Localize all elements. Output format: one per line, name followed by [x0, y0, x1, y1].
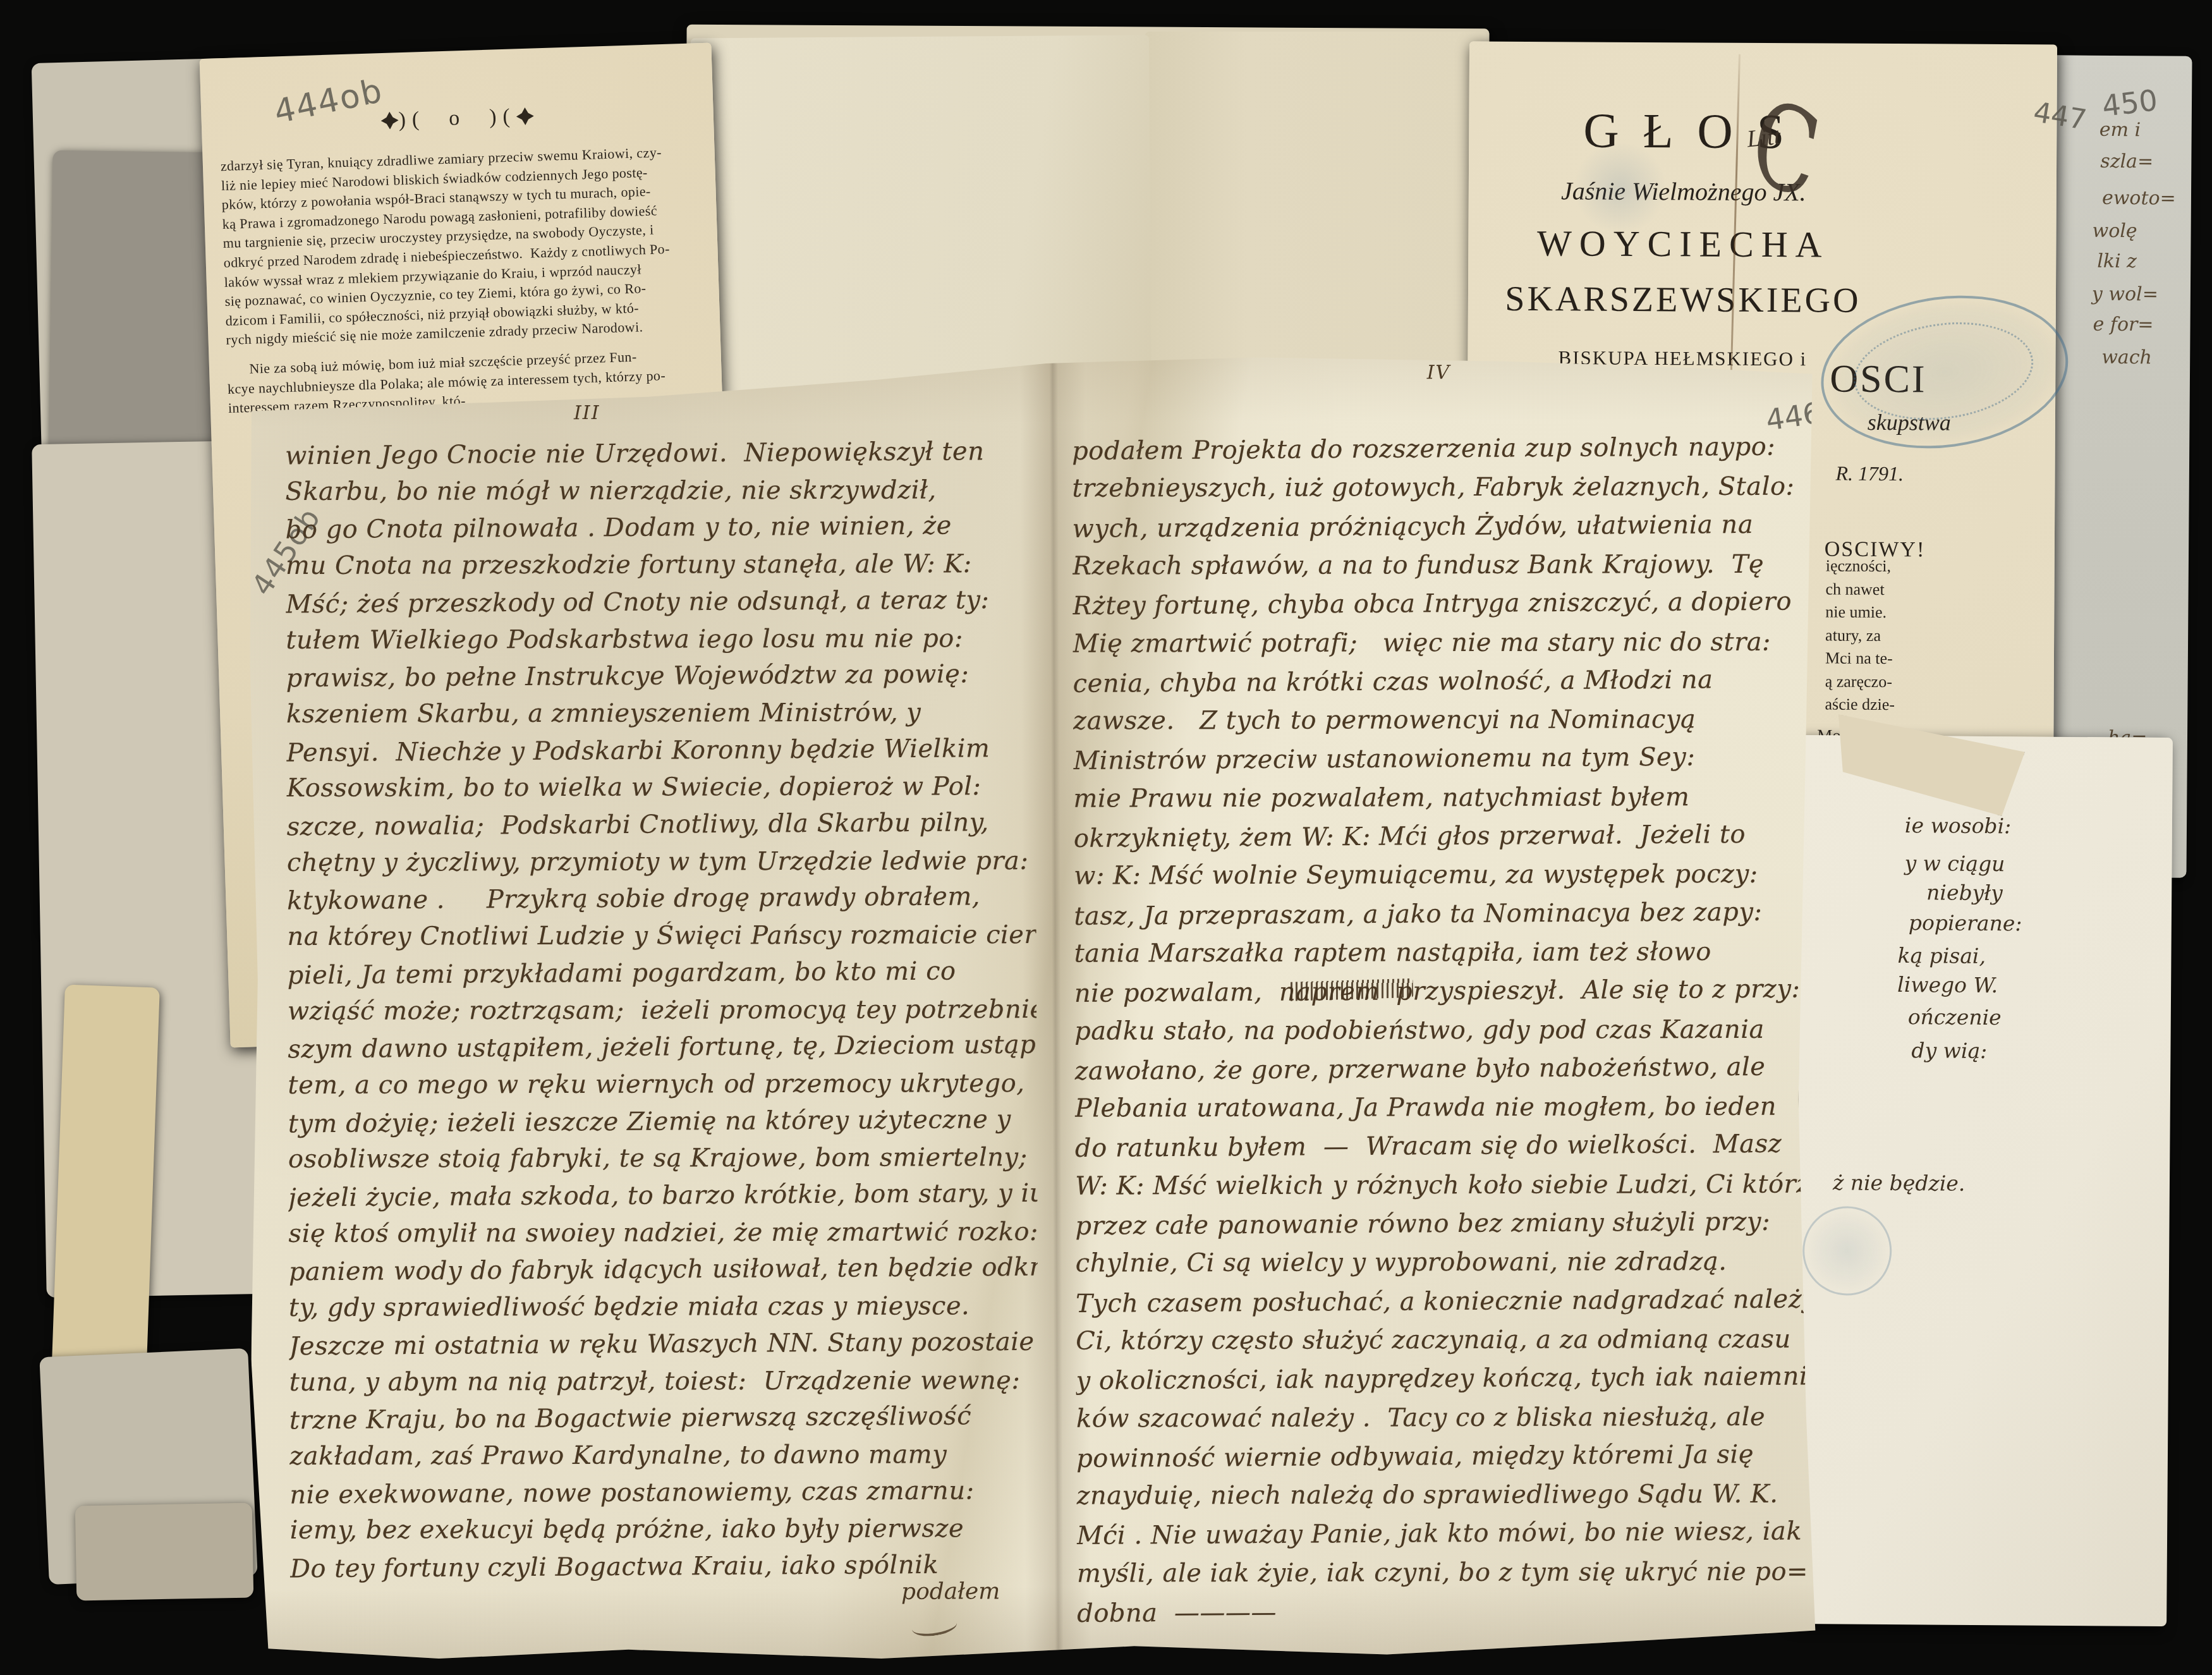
handwriting-fragment: liwego W. [1897, 972, 1998, 997]
handwritten-line: kszeniem Skarbu, a zmnieyszeniem Ministr… [286, 698, 1035, 729]
handwritten-line: nie exekwowane, nowe postanowiemy, czas … [289, 1475, 1038, 1509]
fleuron-icon [380, 111, 399, 130]
handwriting-fragment: dy wią: [1911, 1038, 1987, 1063]
handwritten-line: mu Cnota na przeszkodzie fortuny stanęła… [286, 549, 1035, 580]
archival-scan: 450 em i szla= ewoto= wolę lki z y wol= … [0, 0, 2212, 1675]
handwritten-line: padku stało, na podobieństwo, gdy pod cz… [1074, 1014, 1820, 1045]
printed-fragment: Mci na te- [1825, 649, 1893, 669]
handwriting-fragment: niebyły [1926, 880, 2003, 905]
handwritten-line: Kossowskim, bo to wielka w Swiecie, dopi… [286, 772, 1035, 803]
folio-number-pencil: 450 [2100, 83, 2159, 123]
handwritten-line: ków szacować należy . Tacy co z bliska n… [1076, 1402, 1822, 1433]
handwriting-fragment: popierane: [1909, 910, 2022, 935]
printed-paragraph: zdarzył się Tyran, knuiący zdradliwe zam… [221, 143, 710, 360]
handwritten-line: Jeszcze mi ostatnia w ręku Waszych NN. S… [289, 1327, 1038, 1361]
ornament-text: )( o )( [398, 104, 516, 131]
handwritten-line: okrzyknięty, żem W: K: Mći głos przerwał… [1074, 819, 1820, 853]
handwritten-line: szym dawno ustąpiłem, jeżeli fortunę, tę… [288, 1030, 1036, 1064]
handwritten-line: wziąść może; roztrząsam; ieżeli promocyą… [288, 995, 1036, 1026]
handwriting-fragment: ie wosobi: [1905, 813, 2012, 838]
handwriting-fragment: ewoto= [2102, 187, 2176, 210]
handwritten-line: chętny y życzliwy, przymioty w tym Urzęd… [287, 846, 1036, 877]
title-name-first: WOYCIECHA [1487, 222, 1879, 266]
handwriting-fragment: wach [2101, 346, 2152, 369]
handwriting-fragment: em i [2100, 119, 2141, 141]
handwriting-fragment: ż nie będzie. [1833, 1170, 1966, 1195]
handwritten-line: się ktoś omylił na swoiey nadziei, że mi… [289, 1217, 1038, 1248]
printed-fragment: nie umie. [1825, 603, 1887, 623]
handwritten-line: mie Prawu nie pozwalałem, natychmiast by… [1074, 782, 1820, 813]
handwritten-line: trzebnieyszych, iuż gotowych, Fabryk żel… [1072, 472, 1818, 503]
printed-fragment: ięczności, [1826, 557, 1891, 576]
handwritten-line: do ratunku byłem — Wracam się do wielkoś… [1075, 1130, 1821, 1164]
manuscript-right-page-text: podałem Projekta do rozszerzenia zup sol… [1071, 341, 1823, 1666]
handwritten-line: tania Marszałka raptem nastąpiła, iam te… [1074, 937, 1820, 968]
handwritten-line: iemy, bez exekucyi będą próżne, iako był… [290, 1514, 1039, 1545]
handwriting-fragment: y w ciągu [1904, 851, 2005, 876]
handwriting-fragment: lki z [2097, 250, 2137, 272]
handwritten-line: Pensyi. Niechże y Podskarbi Koronny będz… [286, 733, 1035, 767]
handwritten-line: przez całe panowanie równo bez zmiany sł… [1075, 1207, 1821, 1241]
handwritten-line: Rżtey fortunę, chyba obca Intryga zniszc… [1073, 587, 1818, 621]
handwritten-line: pieli, Ja temi przykładami pogardzam, bo… [288, 956, 1036, 990]
handwritten-line: jeżeli życie, mała szkoda, to barzo krót… [288, 1179, 1037, 1213]
paper-stack-edge [75, 1503, 254, 1601]
printed-fragment-year: R. 1791. [1835, 462, 1904, 486]
stamp-ghost [1802, 1206, 1892, 1296]
blank-sheet-folded [691, 35, 1152, 410]
handwritten-line: podałem Projekta do rozszerzenia zup sol… [1072, 432, 1818, 466]
handwritten-line: Mię zmartwić potrafi; więc nie ma stary … [1073, 627, 1818, 658]
handwritten-line: zawołano, że gore, przerwane było naboże… [1074, 1052, 1820, 1086]
library-stamp-inner-ring [1847, 312, 2039, 430]
handwritten-line: cenia, chyba na krótki czas wolność, a M… [1073, 664, 1819, 698]
printed-fragment: aście dzie- [1825, 695, 1895, 715]
handwritten-line: Ministrów przeciw ustanowionemu na tym S… [1073, 742, 1819, 776]
printed-fragment: ą zaręczo- [1825, 672, 1892, 691]
handwritten-line: Plebania uratowana, Ja Prawda nie mogłem… [1075, 1092, 1821, 1123]
handwritten-line: wych, urządzenia próżniących Żydów, ułat… [1073, 509, 1818, 544]
handwritten-line: y okoliczności, iak nayprędzey kończą, t… [1076, 1362, 1821, 1396]
handwriting-fragment: e for= [2093, 314, 2153, 336]
handwritten-line: paniem wody do fabryk idących usiłował, … [289, 1253, 1038, 1287]
handwritten-line: W: K: Mść wielkich y różnych koło siebie… [1075, 1169, 1821, 1200]
manuscript-spread: III IV 445ob 446 winien Jego Cnocie nie … [243, 341, 1823, 1669]
handwritten-line: ktykowane . Przykrą sobie drogę prawdy o… [287, 882, 1036, 916]
catchword: podałem [901, 1578, 1000, 1605]
ink-strikethrough [1287, 978, 1413, 1001]
handwritten-line: Rzekach spławów, a na to fundusz Bank Kr… [1073, 549, 1818, 580]
handwriting-fragment: wolę [2092, 220, 2137, 242]
printed-fragment: ch nawet [1825, 580, 1884, 599]
handwritten-line: zakładam, zaś Prawo Kardynalne, to dawno… [289, 1440, 1038, 1471]
handwritten-line: nie pozwalam, naprem przyspieszył. Ale s… [1074, 975, 1820, 1009]
handwritten-line: tułem Wielkiego Podskarbstwa iego losu m… [286, 624, 1035, 655]
handwritten-line: Mść; żeś przeszkody od Cnoty nie odsunął… [286, 585, 1035, 619]
handwriting-fragment: y wol= [2092, 283, 2158, 306]
title-block: GŁOS Jaśnie Wielmożnego JX. WOYCIECHA SK… [1488, 42, 1880, 44]
handwritten-line: winien Jego Cnocie nie Urzędowi. Niepowi… [285, 437, 1034, 471]
handwritten-line: dobna ———— [1077, 1594, 1823, 1628]
handwritten-line: zawsze. Z tych to permowencyi na Nominac… [1073, 705, 1819, 736]
handwritten-line: Skarbu, bo nie mógł w nierządzie, nie sk… [285, 475, 1034, 506]
handwritten-line: ty, gdy sprawiedliwość będzie miała czas… [289, 1291, 1038, 1322]
manuscript-left-page-text: winien Jego Cnocie nie Urzędowi. Niepowi… [284, 344, 1039, 1650]
handwritten-line: na którey Cnotliwi Ludzie y Święci Pańsc… [287, 920, 1036, 951]
handwritten-line: tym dożyię; ieżeli ieszcze Ziemię na któ… [288, 1104, 1037, 1138]
fleuron-icon [516, 107, 534, 126]
handwritten-line: Tych czasem posłuchać, a koniecznie nadg… [1076, 1284, 1821, 1319]
handwritten-line: trzne Kraju, bo na Bogactwie pierwszą sz… [289, 1401, 1038, 1435]
handwritten-line: powinność wiernie odbywaia, między które… [1076, 1439, 1822, 1473]
handwritten-line: osobliwsze stoią fabryki, te są Krajowe,… [288, 1143, 1037, 1174]
handwritten-line: Ci, którzy często służyć zaczynaią, a za… [1076, 1324, 1821, 1355]
handwritten-line: prawisz, bo pełne Instrukcye Województw … [286, 659, 1035, 693]
title-subtitle: Jaśnie Wielmożnego JX. [1488, 176, 1880, 207]
title-name-last: SKARSZEWSKIEGO [1487, 279, 1879, 321]
handwritten-line: znayduię, niech należą do sprawiedliwego… [1076, 1480, 1822, 1511]
handwriting-fragment: ką pisai, [1897, 943, 1986, 968]
letter-page-partial: ie wosobi: y w ciągu niebyły popierane: … [1795, 735, 2173, 1626]
blank-sheet [1145, 32, 1486, 411]
handwritten-line: szcze, nowalia; Podskarbi Cnotliwy, dla … [287, 808, 1036, 842]
handwritten-line: w: K: Mść wolnie Seymuiącemu, za występe… [1074, 860, 1820, 891]
handwriting-fragment: szla= [2100, 150, 2153, 173]
handwritten-line: tem, a co mego w ręku wiernych od przemo… [288, 1069, 1036, 1100]
handwritten-line: chylnie, Ci są wielcy y wyprobowani, nie… [1076, 1247, 1821, 1278]
handwritten-line: tuna, y abym na nią patrzył, toiest: Urz… [289, 1366, 1038, 1397]
stamp-ghost [1571, 143, 1669, 232]
handwritten-line: bo go Cnota pilnowała . Dodam y to, nie … [286, 511, 1035, 545]
handwritten-line: Mći . Nie uważay Panie, jak kto mówi, bo… [1077, 1517, 1823, 1551]
printed-fragment: atury, za [1825, 626, 1881, 645]
handwriting-fragment: ończenie [1908, 1004, 2002, 1030]
handwritten-line: myśli, ale iak żyie, iak czyni, bo z tym… [1077, 1557, 1823, 1588]
handwritten-line: tasz, Ja przepraszam, a jako ta Nominacy… [1074, 897, 1820, 931]
